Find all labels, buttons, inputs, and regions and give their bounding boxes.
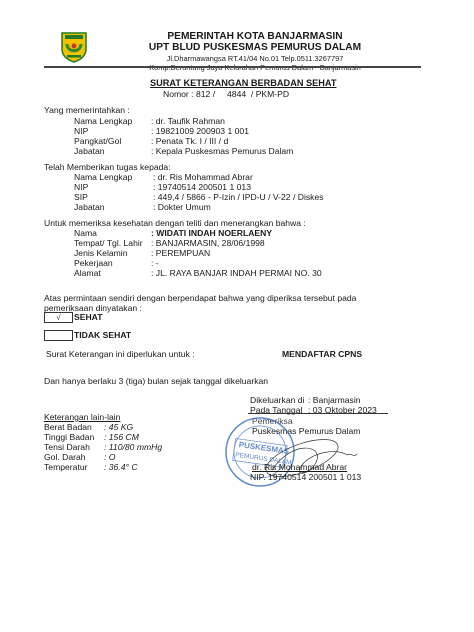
row-value: : dr. Ris Mohammad Abrar — [153, 172, 253, 182]
header-divider — [44, 66, 421, 68]
header-address1: Jl.Dharmawangsa RT.41/04 No.01 Telp.0511… — [140, 54, 370, 63]
pasien-heading: Untuk memeriksa kesehatan dengan teliti … — [44, 218, 306, 228]
signer-nip: NIP. 19740514 200501 1 013 — [250, 472, 361, 482]
nomor-label: Nomor — [163, 89, 189, 99]
row-value: : BANJARMASIN, 28/06/1998 — [151, 238, 265, 248]
row-value: : 36.4° C — [104, 462, 138, 472]
dikeluarkan-value: : Banjarmasin — [308, 395, 361, 405]
row-value: : 19821009 200903 1 001 — [151, 126, 249, 136]
row-label: Gol. Darah — [44, 452, 86, 462]
row-value: : Penata Tk. I / III / d — [151, 136, 228, 146]
row-label: Tinggi Badan — [44, 432, 94, 442]
row-label: Pekerjaan — [74, 258, 113, 268]
tidak-sehat-checkbox[interactable] — [44, 330, 73, 341]
memerintahkan-heading: Yang memerintahkan : — [44, 105, 130, 115]
dikeluarkan-label: Dikeluarkan di — [250, 395, 304, 405]
sehat-label: SEHAT — [74, 312, 103, 322]
tidak-sehat-label: TIDAK SEHAT — [74, 330, 131, 340]
row-label: Alamat — [74, 268, 101, 278]
row-label: SIP — [74, 192, 88, 202]
tugas-heading: Telah Memberikan tugas kepada: — [44, 162, 171, 172]
nomor-value: 812 / 4844 / PKM-PD — [196, 89, 289, 99]
row-label: NIP — [74, 126, 88, 136]
row-label: Nama Lengkap — [74, 116, 132, 126]
row-label: Temperatur — [44, 462, 87, 472]
row-label: Jenis Kelamin — [74, 248, 128, 258]
row-value: : - — [151, 258, 159, 268]
document-number: Nomor : 812 / 4844 / PKM-PD — [163, 89, 289, 99]
row-value: : dr. Taufik Rahman — [151, 116, 225, 126]
row-value: : JL. RAYA BANJAR INDAH PERMAI NO. 30 — [151, 268, 322, 278]
row-value: : PEREMPUAN — [151, 248, 210, 258]
row-value: : 45 KG — [104, 422, 133, 432]
row-value: : 19740514 200501 1 013 — [153, 182, 251, 192]
keterangan-heading: Keterangan lain-lain — [44, 412, 120, 422]
hasil-intro-line1: Atas permintaan sendiri dengan berpendap… — [44, 293, 356, 303]
row-label: Tensi Darah — [44, 442, 90, 452]
row-value: : Dokter Umum — [153, 202, 211, 212]
city-logo-icon — [60, 31, 88, 63]
keperluan-value: MENDAFTAR CPNS — [282, 349, 362, 359]
row-value: : 449,4 / 5866 - P-Izin / IPD-U / V-22 /… — [153, 192, 324, 202]
row-label: Jabatan — [74, 146, 105, 156]
sehat-checkbox[interactable]: √ — [44, 312, 73, 323]
row-label: Jabatan — [74, 202, 105, 212]
row-value: : 156 CM — [104, 432, 139, 442]
signer-name: dr. Ris Mohammad Abrar — [252, 462, 347, 472]
header-institution: UPT BLUD PUSKESMAS PEMURUS DALAM — [140, 42, 370, 53]
document-title: SURAT KETERANGAN BERBADAN SEHAT — [150, 78, 336, 88]
row-value: : 110/80 mmHg — [104, 442, 162, 452]
row-label: Pangkat/Gol — [74, 136, 121, 146]
row-label: NIP — [74, 182, 88, 192]
row-label: Berat Badan — [44, 422, 92, 432]
row-value: : O — [104, 452, 115, 462]
row-label: Tempat/ Tgl. Lahir — [74, 238, 143, 248]
row-value: : WIDATI INDAH NOERLAENY — [151, 228, 272, 238]
row-label: Nama — [74, 228, 97, 238]
row-value: : Kepala Puskesmas Pemurus Dalam — [151, 146, 293, 156]
header-government: PEMERINTAH KOTA BANJARMASIN — [140, 31, 370, 42]
berlaku-text: Dan hanya berlaku 3 (tiga) bulan sejak t… — [44, 376, 268, 386]
keperluan-label: Surat Keterangan ini diperlukan untuk : — [46, 349, 195, 359]
row-label: Nama Lengkap — [74, 172, 132, 182]
